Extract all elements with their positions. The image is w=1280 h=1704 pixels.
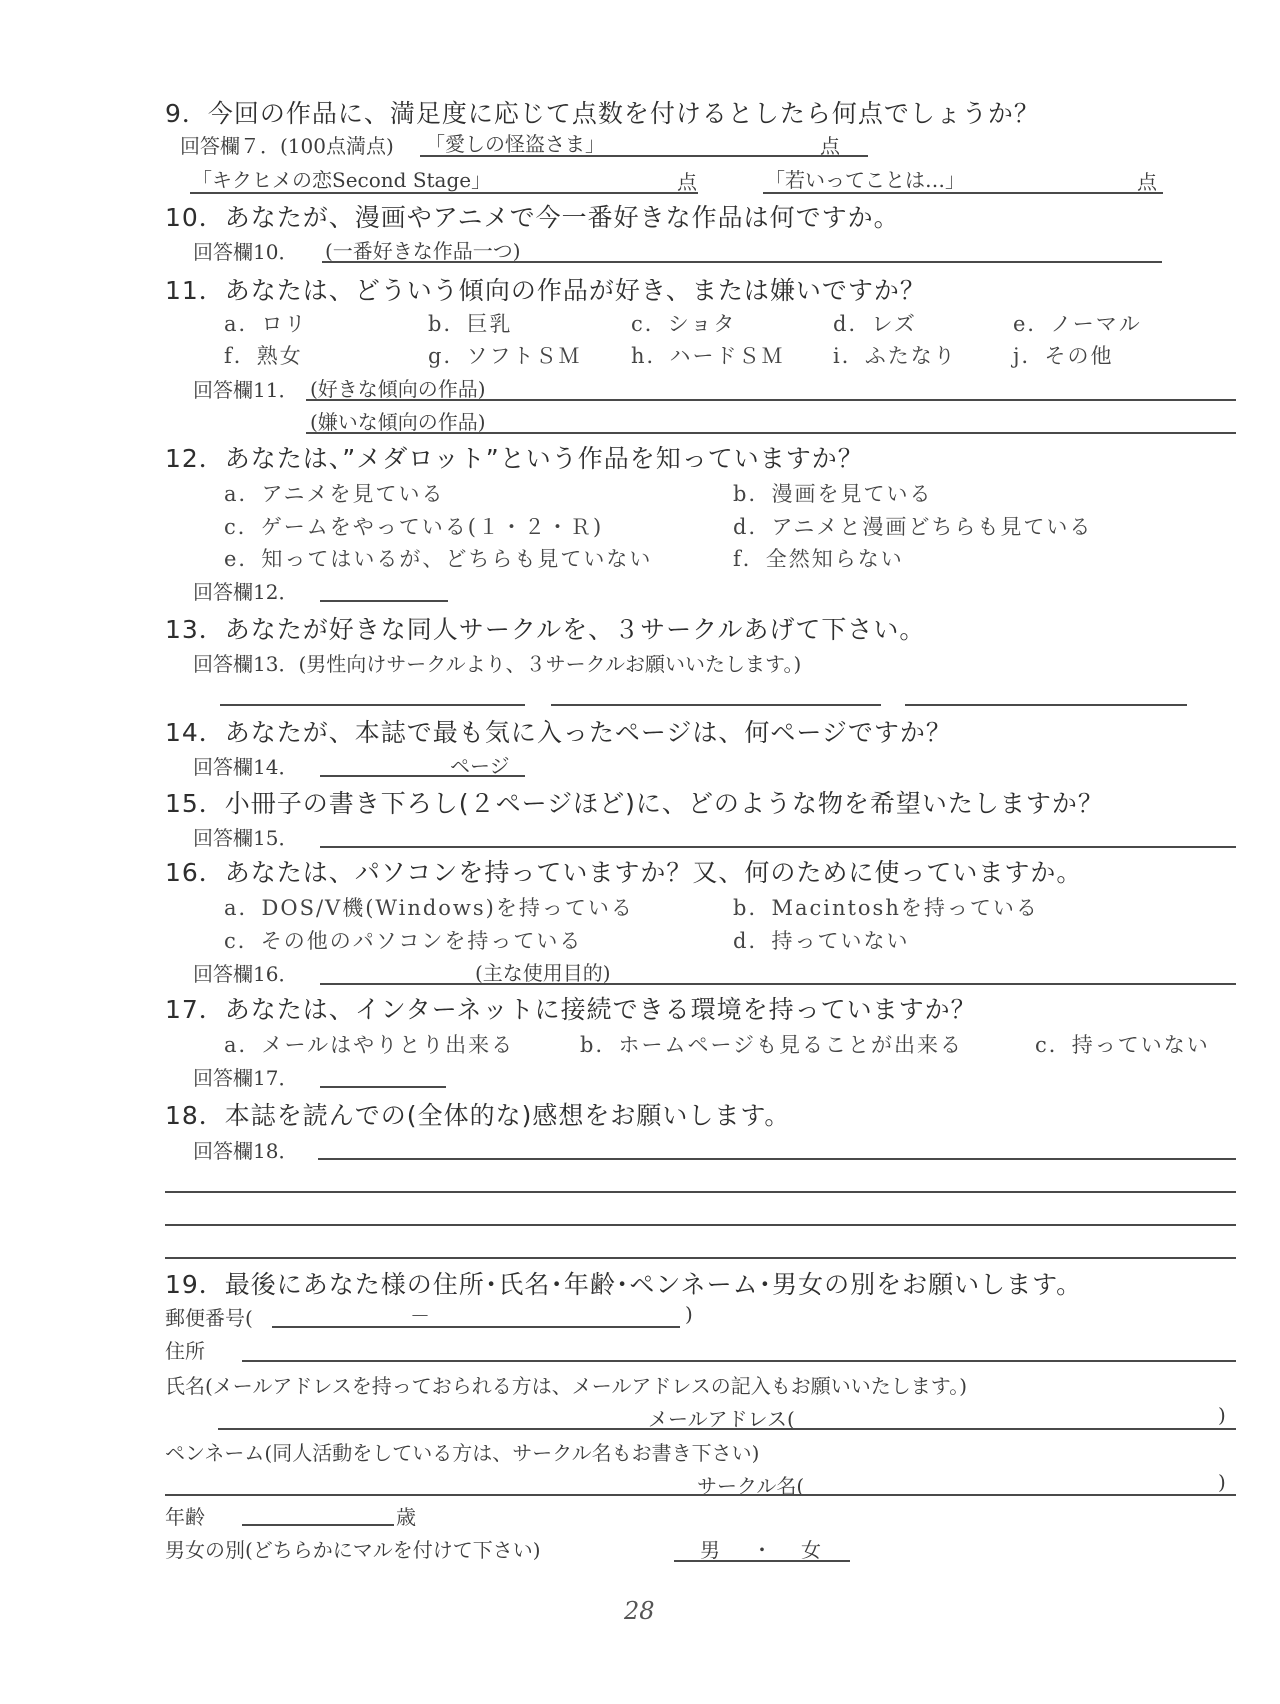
- q12-option-e: e．知ってはいるが、どちらも見ていない: [224, 543, 652, 573]
- circle-field-1[interactable]: [220, 704, 525, 706]
- gender-option-female[interactable]: 女: [801, 1534, 821, 1563]
- question-17-title: 17．あなたは、インターネットに接続できる環境を持っていますか？: [165, 990, 977, 1026]
- q11-option-h: h．ハードＳＭ: [631, 340, 785, 370]
- q11-option-a: a．ロリ: [224, 308, 308, 338]
- question-11-title: 11．あなたは、どういう傾向の作品が好き、または嫌いですか？: [165, 271, 926, 307]
- points-unit-2: 点: [677, 166, 697, 195]
- q17-option-c: c．持っていない: [1035, 1029, 1210, 1059]
- gender-separator: ・: [752, 1534, 772, 1563]
- points-unit-3: 点: [1137, 166, 1157, 195]
- dislike-field[interactable]: [306, 432, 1236, 434]
- score-field-1[interactable]: [420, 155, 868, 157]
- postal-dash: －: [410, 1300, 430, 1329]
- gender-underline: [674, 1560, 850, 1562]
- answer-label-16: 回答欄16．: [193, 958, 298, 987]
- q12-option-a: a．アニメを見ている: [224, 478, 444, 508]
- question-12-title: 12．あなたは、”メダロット”という作品を知っていますか？: [165, 439, 864, 475]
- answer-label-18: 回答欄18．: [193, 1135, 298, 1164]
- q11-option-e: e．ノーマル: [1013, 308, 1142, 338]
- circle-field-3[interactable]: [905, 704, 1187, 706]
- q16-option-d: d．持っていない: [733, 925, 909, 955]
- answer-field-16[interactable]: [320, 983, 1236, 985]
- q11-option-j: j．その他: [1013, 340, 1114, 370]
- work-name-1: 「愛しの怪盗さま」: [425, 128, 605, 157]
- email-close: ): [1218, 1403, 1226, 1427]
- q11-option-d: d．レズ: [833, 308, 917, 338]
- question-18-title: 18．本誌を読んでの(全体的な)感想をお願いします。: [165, 1096, 790, 1132]
- answer-label-7: 回答欄７．(100点満点): [180, 130, 394, 159]
- q17-option-a: a．メールはやりとり出来る: [224, 1029, 514, 1059]
- answer-label-11: 回答欄11．: [193, 374, 298, 403]
- like-field[interactable]: [306, 399, 1236, 401]
- postal-code-field[interactable]: [272, 1326, 680, 1328]
- q12-option-b: b．漫画を見ている: [733, 478, 932, 508]
- answer-label-14: 回答欄14．: [193, 751, 298, 780]
- age-unit: 歳: [396, 1501, 416, 1530]
- postal-close: ): [685, 1302, 693, 1326]
- like-hint: (好きな傾向の作品): [310, 373, 486, 402]
- work-name-3: 「若いってことは…」: [765, 164, 965, 193]
- answer-field-15[interactable]: [320, 846, 1236, 848]
- question-14-title: 14．あなたが、本誌で最も気に入ったページは、何ページですか？: [165, 713, 952, 749]
- q11-option-f: f．熟女: [224, 340, 303, 370]
- question-19-title: 19．最後にあなた様の住所･氏名･年齢･ペンネーム･男女の別をお願いします。: [165, 1265, 1082, 1301]
- penname-label: ペンネーム(同人活動をしている方は、サークル名もお書き下さい): [165, 1437, 759, 1466]
- answer-10-hint: (一番好きな作品一つ): [325, 235, 521, 264]
- answer-field-10[interactable]: [322, 261, 1162, 263]
- q12-option-f: f．全然知らない: [733, 543, 904, 573]
- question-16-title: 16．あなたは、パソコンを持っていますか？又、何のために使っていますか。: [165, 853, 1082, 889]
- question-9-title: 9．今回の作品に、満足度に応じて点数を付けるとしたら何点でしょうか？: [165, 94, 1040, 130]
- q16-option-a: a．DOS/V機(Windows)を持っている: [224, 892, 634, 922]
- q12-option-c: c．ゲームをやっている(１・２・Ｒ): [224, 511, 603, 541]
- page-number: 28: [624, 1597, 655, 1625]
- q16-option-b: b．Macintoshを持っている: [733, 892, 1039, 922]
- impression-line-1[interactable]: [318, 1158, 1236, 1160]
- score-field-3[interactable]: [763, 192, 1163, 194]
- answer-field-17[interactable]: [320, 1086, 446, 1088]
- question-13-title: 13．あなたが好きな同人サークルを、３サークルあげて下さい。: [165, 610, 925, 646]
- score-field-2[interactable]: [190, 192, 698, 194]
- answer-label-13: 回答欄13．(男性向けサークルより、３サークルお願いいたします。): [193, 648, 801, 677]
- answer-label-15: 回答欄15．: [193, 822, 298, 851]
- answer-label-10: 回答欄10．: [193, 236, 298, 265]
- q17-option-b: b．ホームページも見ることが出来る: [580, 1029, 963, 1059]
- circle-field-2[interactable]: [551, 704, 881, 706]
- dislike-hint: (嫌いな傾向の作品): [310, 406, 486, 435]
- impression-line-3[interactable]: [165, 1224, 1236, 1226]
- answer-16-hint: (主な使用目的): [475, 957, 611, 986]
- name-label: 氏名(メールアドレスを持っておられる方は、メールアドレスの記入もお願いいたします…: [165, 1370, 967, 1399]
- question-10-title: 10．あなたが、漫画やアニメで今一番好きな作品は何ですか。: [165, 198, 900, 234]
- circle-close: ): [1218, 1470, 1226, 1494]
- age-label: 年齢: [165, 1501, 205, 1530]
- q11-option-i: i．ふたなり: [833, 340, 957, 370]
- q11-option-b: b．巨乳: [428, 308, 512, 338]
- age-field[interactable]: [242, 1524, 394, 1526]
- q11-option-g: g．ソフトＳＭ: [428, 340, 581, 370]
- postal-label: 郵便番号(: [165, 1302, 253, 1331]
- q11-option-c: c．ショタ: [631, 308, 736, 338]
- answer-label-17: 回答欄17．: [193, 1062, 298, 1091]
- gender-label: 男女の別(どちらかにマルを付けて下さい): [165, 1534, 541, 1563]
- impression-line-2[interactable]: [165, 1191, 1236, 1193]
- q16-option-c: c．その他のパソコンを持っている: [224, 925, 582, 955]
- name-email-field[interactable]: [218, 1428, 1236, 1430]
- gender-option-male[interactable]: 男: [700, 1534, 720, 1563]
- question-15-title: 15．小冊子の書き下ろし(２ページほど)に、どのような物を希望いたしますか？: [165, 784, 1104, 820]
- answer-field-14[interactable]: [320, 775, 525, 777]
- impression-line-4[interactable]: [165, 1257, 1236, 1259]
- penname-circle-field[interactable]: [165, 1494, 1236, 1496]
- q12-option-d: d．アニメと漫画どちらも見ている: [733, 511, 1092, 541]
- address-field[interactable]: [242, 1360, 1236, 1362]
- answer-label-12: 回答欄12．: [193, 576, 298, 605]
- answer-field-12[interactable]: [320, 600, 448, 602]
- work-name-2: 「キクヒメの恋Second Stage」: [192, 164, 491, 193]
- address-label: 住所: [165, 1335, 205, 1364]
